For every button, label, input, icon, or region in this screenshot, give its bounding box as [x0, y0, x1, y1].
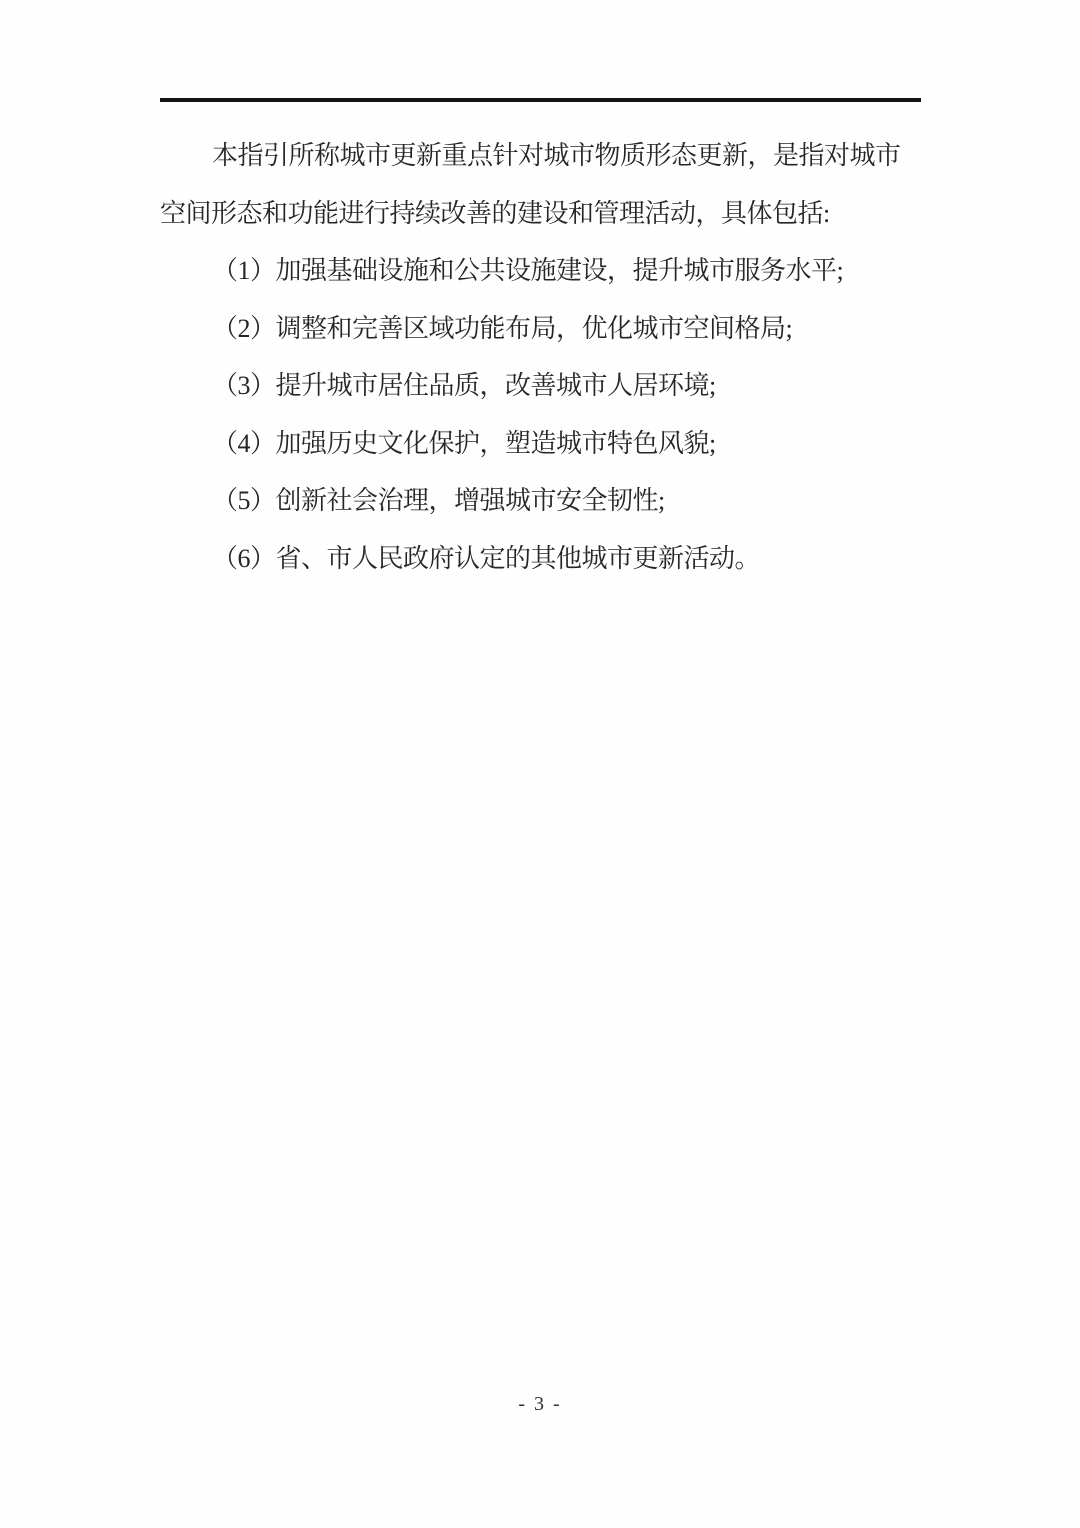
list-item-1: （1）加强基础设施和公共设施建设，提升城市服务水平;: [160, 242, 922, 300]
page-content: 本指引所称城市更新重点针对城市物质形态更新，是指对城市 空间形态和功能进行持续改…: [160, 98, 922, 587]
list-item-6: （6）省、市人民政府认定的其他城市更新活动。: [160, 530, 922, 588]
list-item-2: （2）调整和完善区域功能布局，优化城市空间格局;: [160, 300, 922, 358]
header-rule: [160, 98, 921, 102]
page-number: - 3 -: [0, 1390, 1080, 1418]
body-text: 本指引所称城市更新重点针对城市物质形态更新，是指对城市 空间形态和功能进行持续改…: [160, 127, 922, 587]
list-item-5: （5）创新社会治理，增强城市安全韧性;: [160, 472, 922, 530]
intro-line-2: 空间形态和功能进行持续改善的建设和管理活动，具体包括:: [160, 185, 922, 243]
intro-line-1: 本指引所称城市更新重点针对城市物质形态更新，是指对城市: [160, 127, 922, 185]
list-item-4: （4）加强历史文化保护，塑造城市特色风貌;: [160, 415, 922, 473]
list-item-3: （3）提升城市居住品质，改善城市人居环境;: [160, 357, 922, 415]
